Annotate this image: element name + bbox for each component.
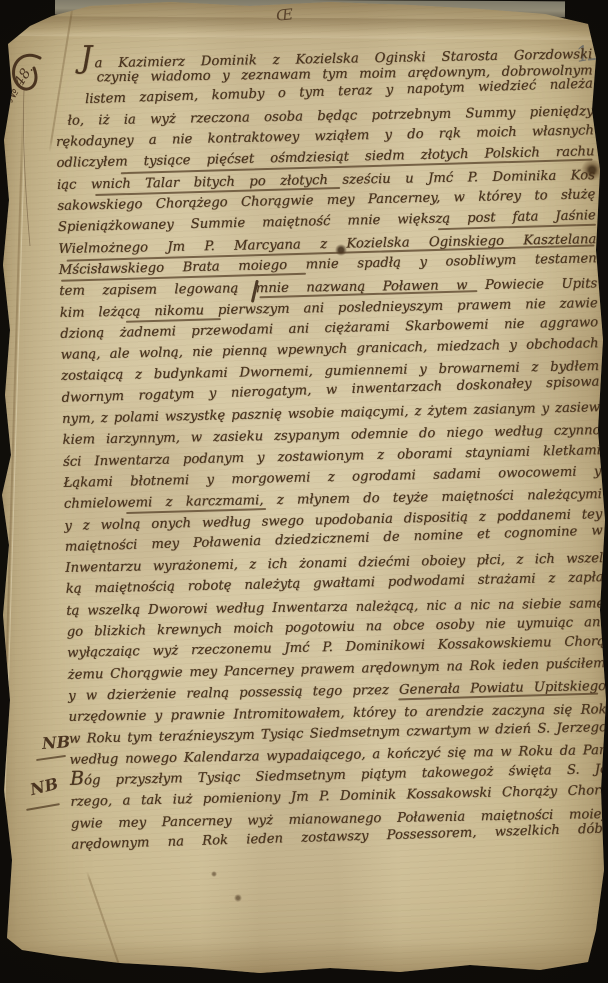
bottom-crease <box>86 871 124 976</box>
margin-note-nb: NB <box>28 774 60 799</box>
manuscript-page: № 48. Œ 1 Ja Kazimierz Dominik z Koziels… <box>0 0 608 983</box>
manuscript-text-block: Ja Kazimierz Dominik z Kozielska Oginski… <box>54 36 608 857</box>
top-fold-crease <box>0 16 608 40</box>
nb-underline <box>36 755 66 761</box>
nb-underline <box>26 803 60 810</box>
ink-mark-icon: Œ <box>275 5 294 25</box>
margin-note-nb: NB <box>41 732 70 753</box>
